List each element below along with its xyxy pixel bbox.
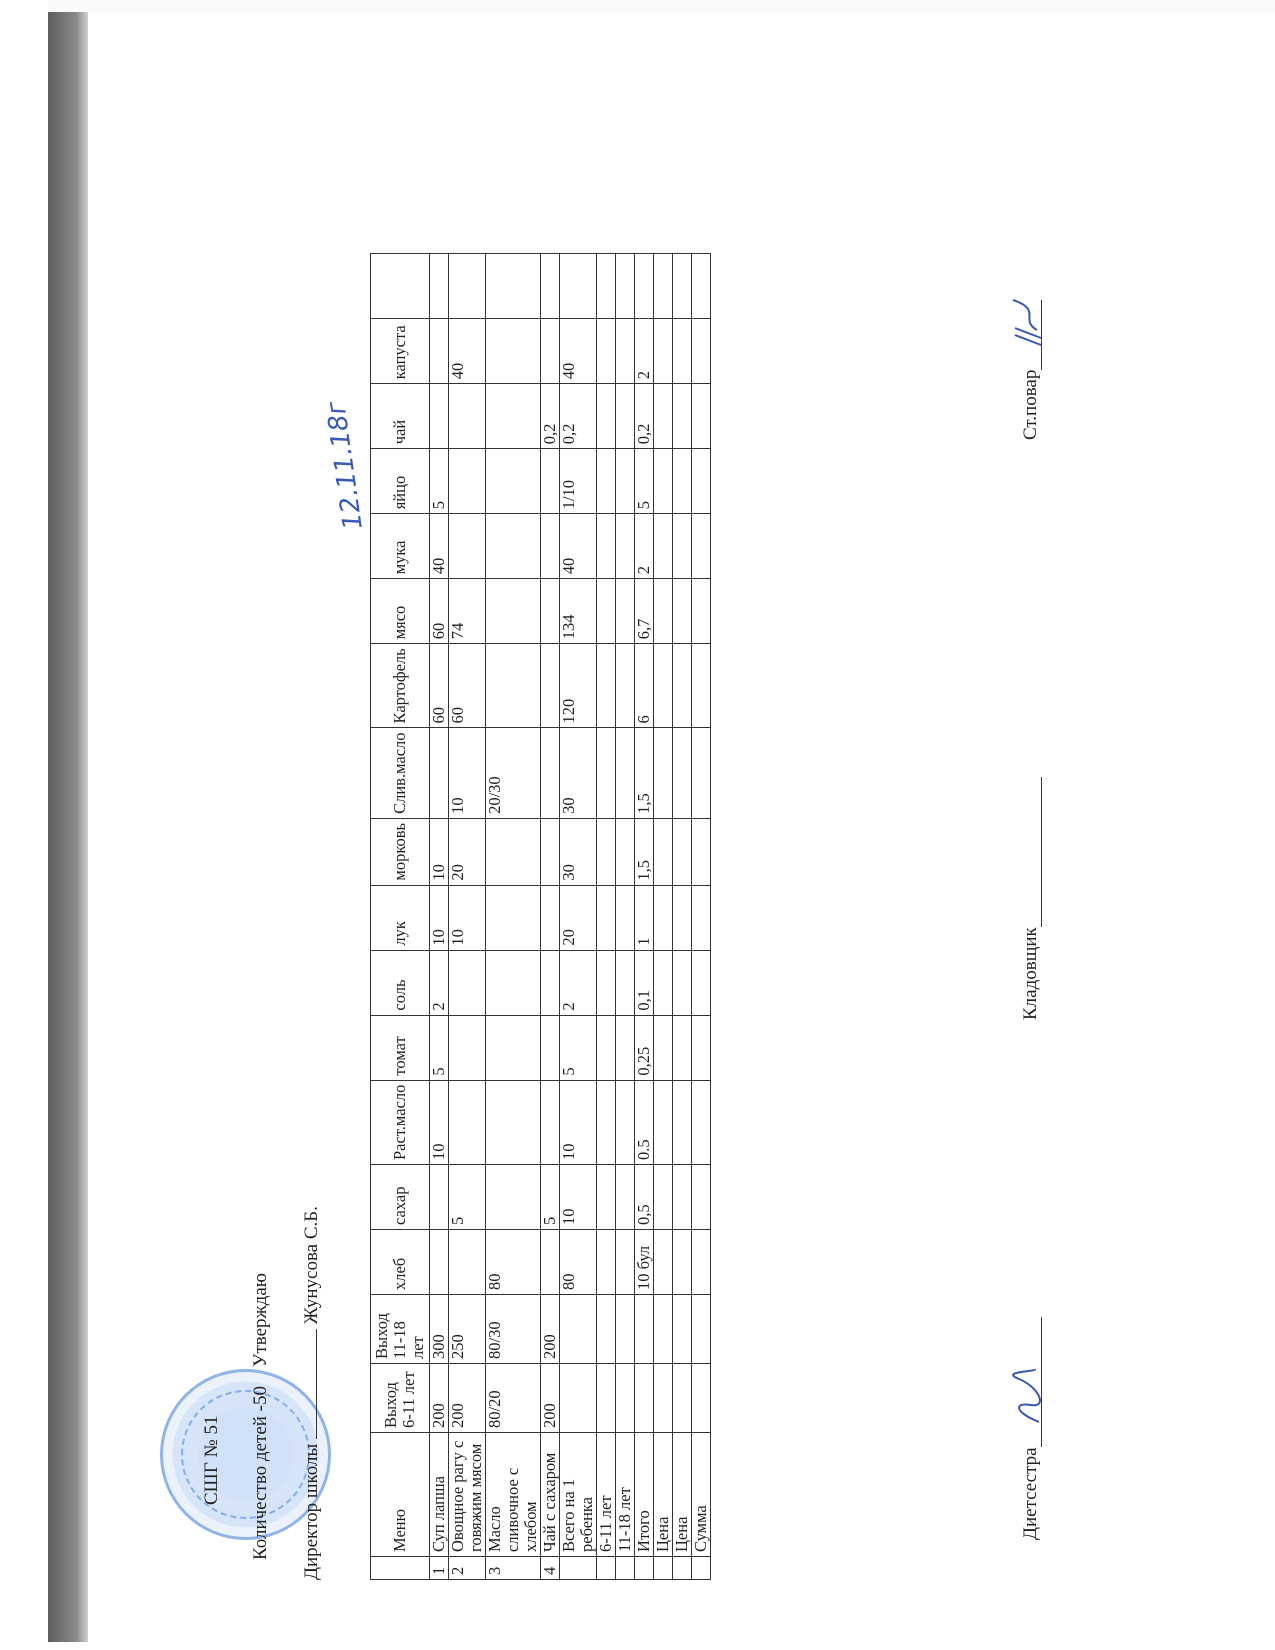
table-cell: 10 [430, 885, 449, 950]
handwritten-date: 12.11.18г [321, 399, 369, 531]
table-cell: 5 [449, 1165, 486, 1230]
table-cell [597, 449, 616, 514]
table-cell [654, 885, 673, 950]
signature-storekeeper: Кладовщик [1020, 777, 1042, 1020]
table-row: Итого10 бул0,50.50,250,111,51,566,7250,2… [635, 254, 654, 1580]
menu-item-name: Масло сливочное с хлебом [486, 1433, 541, 1557]
table-cell: 60 [430, 579, 449, 644]
table-cell: 40 [449, 319, 486, 384]
table-cell: 1 [635, 885, 654, 950]
table-cell [430, 1230, 449, 1295]
table-cell [673, 514, 692, 579]
table-cell [692, 1230, 711, 1295]
table-cell [654, 579, 673, 644]
table-cell [616, 1165, 635, 1230]
children-count: Количество детей -50 [250, 1386, 271, 1560]
table-cell [616, 728, 635, 818]
table-cell [654, 818, 673, 885]
table-cell [654, 514, 673, 579]
table-cell [541, 579, 560, 644]
table-cell [541, 818, 560, 885]
table-cell [486, 449, 541, 514]
table-cell [673, 818, 692, 885]
table-cell [449, 384, 486, 449]
table-cell [692, 514, 711, 579]
table-cell [486, 818, 541, 885]
table-cell: 10 [430, 818, 449, 885]
table-cell [673, 950, 692, 1015]
table-row: 2Овощное рагу с говяжим мясом20025051020… [449, 254, 486, 1580]
row-number [692, 1557, 711, 1580]
column-header: чай [371, 384, 430, 449]
menu-item-name: Суп лапша [430, 1433, 449, 1557]
table-cell: 60 [430, 644, 449, 728]
storekeeper-signature-line [1021, 777, 1042, 927]
signature-head-cook: Ст.повар [1020, 300, 1042, 440]
table-cell [673, 1080, 692, 1164]
rotated-document-page: СШГ № 51 Количество детей -50 Утверждаю … [160, 60, 1160, 1580]
table-cell [616, 950, 635, 1015]
table-row: Сумма [692, 254, 711, 1580]
table-cell: 0,5 [635, 1165, 654, 1230]
table-cell [673, 449, 692, 514]
table-cell [541, 514, 560, 579]
table-cell [430, 254, 449, 319]
table-cell [541, 1080, 560, 1164]
table-cell [616, 644, 635, 728]
approve-label: Утверждаю [250, 1273, 271, 1367]
table-cell [486, 1015, 541, 1080]
table-cell [616, 319, 635, 384]
table-cell [486, 950, 541, 1015]
table-cell [635, 1364, 654, 1433]
table-cell: 2 [635, 319, 654, 384]
table-cell: 0,2 [635, 384, 654, 449]
table-cell: 0,1 [635, 950, 654, 1015]
table-cell [486, 644, 541, 728]
table-cell [654, 1015, 673, 1080]
table-cell [692, 1080, 711, 1164]
table-cell: 40 [560, 514, 597, 579]
menu-item-name: Итого [635, 1433, 654, 1557]
table-cell [673, 644, 692, 728]
table-row: 3Масло сливочное с хлебом80/2080/308020/… [486, 254, 541, 1580]
table-cell [692, 1015, 711, 1080]
column-header: Выход 6-11 лет [371, 1364, 430, 1433]
table-cell [654, 1295, 673, 1364]
table-cell [430, 319, 449, 384]
table-cell [673, 1230, 692, 1295]
table-cell: 1,5 [635, 728, 654, 818]
row-number [597, 1557, 616, 1580]
dietitian-signature-line [1021, 1317, 1042, 1447]
table-cell: 0,2 [560, 384, 597, 449]
row-number: 4 [541, 1557, 560, 1580]
table-cell: 5 [541, 1165, 560, 1230]
menu-item-name: Овощное рагу с говяжим мясом [449, 1433, 486, 1557]
table-cell [486, 254, 541, 319]
table-cell [654, 319, 673, 384]
table-cell: 300 [430, 1295, 449, 1364]
table-cell [654, 1080, 673, 1164]
table-cell [692, 1165, 711, 1230]
table-cell [449, 950, 486, 1015]
column-header [371, 254, 430, 319]
table-cell [486, 1165, 541, 1230]
column-header: мясо [371, 579, 430, 644]
table-cell [616, 1080, 635, 1164]
table-cell [597, 1364, 616, 1433]
table-cell [692, 449, 711, 514]
table-cell: 0,25 [635, 1015, 654, 1080]
table-cell [616, 384, 635, 449]
table-cell [486, 319, 541, 384]
row-number: 3 [486, 1557, 541, 1580]
table-cell: 10 [560, 1165, 597, 1230]
table-cell: 10 [560, 1080, 597, 1164]
column-header: капуста [371, 319, 430, 384]
table-cell [654, 254, 673, 319]
table-cell [597, 728, 616, 818]
table-cell [654, 728, 673, 818]
scan-border-top [48, 0, 1275, 12]
handwritten-signature-icon [1009, 1367, 1045, 1427]
table-cell: 60 [449, 644, 486, 728]
table-cell [430, 728, 449, 818]
table-cell [673, 254, 692, 319]
menu-item-name: Чай с сахаром [541, 1433, 560, 1557]
table-cell [692, 818, 711, 885]
table-cell: 5 [560, 1015, 597, 1080]
dietitian-label: Диетсестра [1020, 1447, 1041, 1540]
row-number [560, 1557, 597, 1580]
table-cell [597, 579, 616, 644]
table-cell [692, 728, 711, 818]
table-cell [673, 579, 692, 644]
table-cell [692, 1364, 711, 1433]
director-name: Жунусова С.Б. [301, 1206, 322, 1324]
table-cell [597, 254, 616, 319]
column-header: Меню [371, 1433, 430, 1557]
table-cell [597, 319, 616, 384]
signature-dietitian: Диетсестра [1020, 1317, 1042, 1540]
table-cell [449, 514, 486, 579]
table-cell [597, 1165, 616, 1230]
menu-item-name: Цена [654, 1433, 673, 1557]
table-row: Цена [654, 254, 673, 1580]
table-cell [635, 1295, 654, 1364]
table-row: Цена [673, 254, 692, 1580]
table-cell [616, 514, 635, 579]
table-cell: 80 [560, 1230, 597, 1295]
table-cell [673, 1165, 692, 1230]
table-cell [673, 1015, 692, 1080]
table-cell [692, 579, 711, 644]
menu-item-name: 6-11 лет [597, 1433, 616, 1557]
table-cell [654, 950, 673, 1015]
table-cell: 80/30 [486, 1295, 541, 1364]
column-header: Раст.масло [371, 1080, 430, 1164]
table-cell [597, 1230, 616, 1295]
table-cell [616, 254, 635, 319]
table-cell: 2 [635, 514, 654, 579]
table-cell: 0,2 [541, 384, 560, 449]
table-cell [541, 644, 560, 728]
column-header: Выход 11-18 лет [371, 1295, 430, 1364]
table-cell [486, 885, 541, 950]
table-cell [560, 1295, 597, 1364]
table-cell [616, 1295, 635, 1364]
table-cell [449, 449, 486, 514]
table-cell [486, 579, 541, 644]
table-row: 6-11 лет [597, 254, 616, 1580]
row-number: 1 [430, 1557, 449, 1580]
scan-border-left [48, 12, 88, 1642]
table-cell: 6 [635, 644, 654, 728]
table-row: 11-18 лет [616, 254, 635, 1580]
row-number [654, 1557, 673, 1580]
table-cell [597, 1015, 616, 1080]
table-cell [541, 319, 560, 384]
table-cell [616, 1230, 635, 1295]
table-cell: 1/10 [560, 449, 597, 514]
column-header: Картофель [371, 644, 430, 728]
table-cell [597, 950, 616, 1015]
table-cell [654, 644, 673, 728]
storekeeper-label: Кладовщик [1020, 927, 1041, 1020]
handwritten-signature-icon [1009, 290, 1045, 350]
table-cell [541, 1230, 560, 1295]
table-cell [654, 1364, 673, 1433]
document-header: СШГ № 51 Количество детей -50 Утверждаю … [200, 1206, 347, 1580]
menu-item-name: Цена [673, 1433, 692, 1557]
table-cell: 5 [430, 449, 449, 514]
table-cell [673, 384, 692, 449]
table-cell [654, 384, 673, 449]
director-signature-line [298, 1329, 317, 1439]
table-cell: 80/20 [486, 1364, 541, 1433]
table-cell [541, 885, 560, 950]
menu-item-name: 11-18 лет [616, 1433, 635, 1557]
table-cell: 1,5 [635, 818, 654, 885]
table-cell [692, 1295, 711, 1364]
table-cell: 120 [560, 644, 597, 728]
table-row: Всего на 1 ребенка8010105220303012013440… [560, 254, 597, 1580]
table-cell [541, 254, 560, 319]
table-cell [597, 885, 616, 950]
table-cell: 200 [541, 1295, 560, 1364]
column-header: лук [371, 885, 430, 950]
table-cell: 2 [560, 950, 597, 1015]
table-cell: 74 [449, 579, 486, 644]
table-cell [541, 728, 560, 818]
table-cell: 6,7 [635, 579, 654, 644]
table-cell [635, 254, 654, 319]
table-cell [654, 1230, 673, 1295]
table-cell [673, 1364, 692, 1433]
table-row: 4Чай с сахаром20020050,2 [541, 254, 560, 1580]
column-header: томат [371, 1015, 430, 1080]
director-label: Директор школы [301, 1444, 322, 1580]
table-cell [560, 1364, 597, 1433]
table-cell: 20/30 [486, 728, 541, 818]
column-header: морковь [371, 818, 430, 885]
table-cell [541, 950, 560, 1015]
table-cell [597, 644, 616, 728]
row-number [673, 1557, 692, 1580]
table-cell [654, 449, 673, 514]
table-cell [449, 1015, 486, 1080]
table-cell [560, 254, 597, 319]
table-cell [616, 818, 635, 885]
column-header: яйцо [371, 449, 430, 514]
table-cell: 80 [486, 1230, 541, 1295]
table-cell [616, 579, 635, 644]
table-cell [486, 1080, 541, 1164]
table-cell [616, 1015, 635, 1080]
table-cell [597, 818, 616, 885]
column-header: хлеб [371, 1230, 430, 1295]
table-cell [692, 384, 711, 449]
table-cell [673, 319, 692, 384]
table-cell: 5 [430, 1015, 449, 1080]
table-cell: 10 [449, 728, 486, 818]
table-cell: 30 [560, 728, 597, 818]
table-cell [449, 1080, 486, 1164]
table-cell: 0.5 [635, 1080, 654, 1164]
table-cell: 200 [430, 1364, 449, 1433]
table-cell: 5 [635, 449, 654, 514]
table-cell: 200 [541, 1364, 560, 1433]
table-cell [654, 1165, 673, 1230]
menu-layout-table: МенюВыход 6-11 летВыход 11-18 летхлебсах… [370, 253, 711, 1580]
table-cell [616, 449, 635, 514]
table-cell [486, 514, 541, 579]
head-cook-label: Ст.повар [1020, 370, 1041, 440]
table-cell: 30 [560, 818, 597, 885]
table-cell: 134 [560, 579, 597, 644]
row-number [616, 1557, 635, 1580]
table-cell [692, 319, 711, 384]
head-cook-signature-line [1021, 300, 1042, 370]
row-number [635, 1557, 654, 1580]
table-cell: 10 бул [635, 1230, 654, 1295]
table-cell [692, 885, 711, 950]
table-cell [449, 254, 486, 319]
column-header: сахар [371, 1165, 430, 1230]
table-cell [673, 885, 692, 950]
table-cell [597, 1080, 616, 1164]
menu-item-name: Сумма [692, 1433, 711, 1557]
table-cell: 20 [449, 818, 486, 885]
table-cell [430, 384, 449, 449]
column-header: мука [371, 514, 430, 579]
row-number: 2 [449, 1557, 486, 1580]
table-cell [692, 254, 711, 319]
table-row: 1Суп лапша200300105210106060405 [430, 254, 449, 1580]
table-cell: 10 [449, 885, 486, 950]
table-cell [597, 1295, 616, 1364]
table-cell: 20 [560, 885, 597, 950]
table-cell [541, 449, 560, 514]
table-cell: 40 [430, 514, 449, 579]
column-header: Слив.масло [371, 728, 430, 818]
table-cell: 2 [430, 950, 449, 1015]
school-name: СШГ № 51 [201, 1416, 222, 1505]
table-cell [673, 1295, 692, 1364]
table-cell: 10 [430, 1080, 449, 1164]
table-cell [541, 1015, 560, 1080]
table-cell [692, 950, 711, 1015]
table-cell [616, 1364, 635, 1433]
table-cell [616, 885, 635, 950]
menu-item-name: Всего на 1 ребенка [560, 1433, 597, 1557]
table-header-row: МенюВыход 6-11 летВыход 11-18 летхлебсах… [371, 254, 430, 1580]
column-header [371, 1557, 430, 1580]
column-header: соль [371, 950, 430, 1015]
table-cell [486, 384, 541, 449]
table-cell [597, 514, 616, 579]
table-cell [597, 384, 616, 449]
table-cell: 250 [449, 1295, 486, 1364]
table-cell [430, 1165, 449, 1230]
table-cell [673, 728, 692, 818]
table-cell: 40 [560, 319, 597, 384]
table-cell: 200 [449, 1364, 486, 1433]
table-cell [449, 1230, 486, 1295]
table-cell [692, 644, 711, 728]
